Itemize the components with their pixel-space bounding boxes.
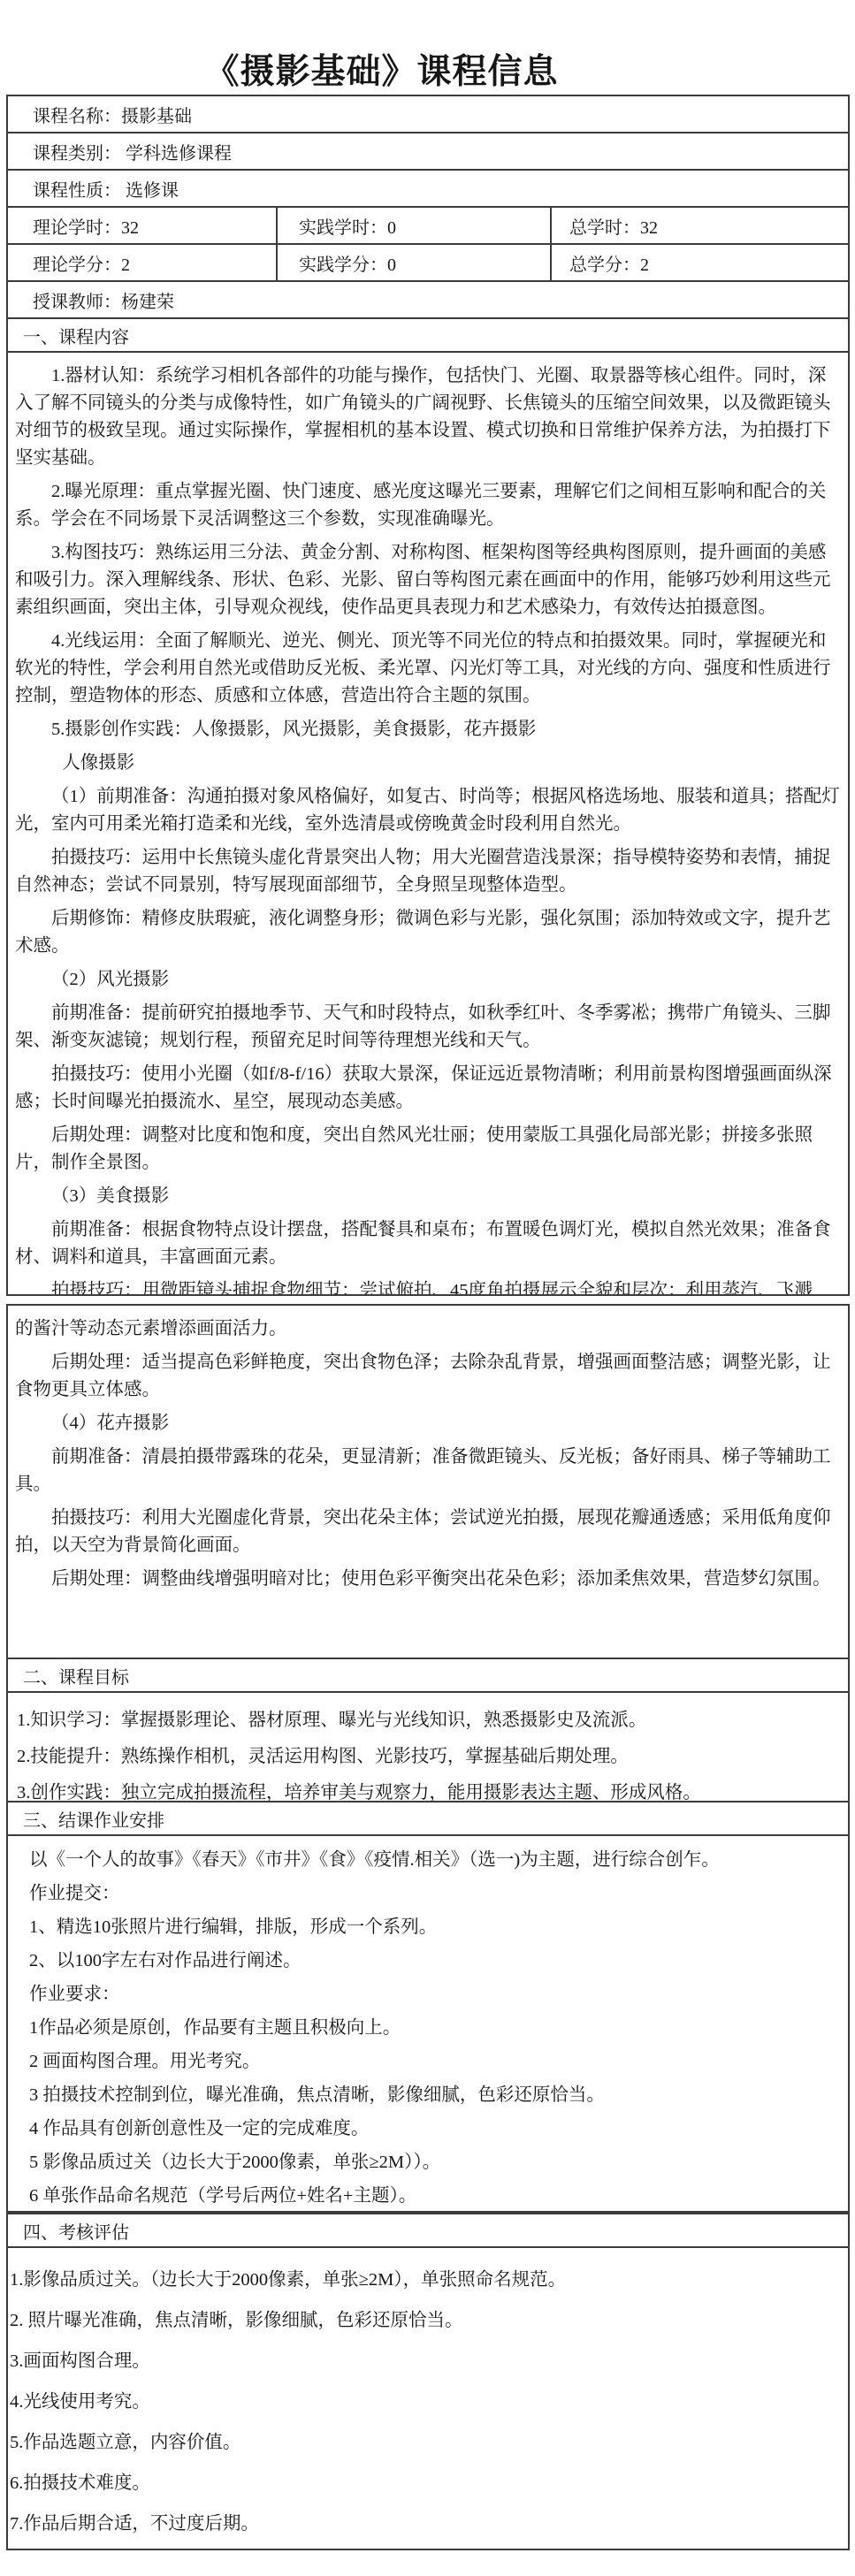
info-row-teacher: 授课教师：杨建荣	[8, 282, 848, 319]
section-header-text: 三、结课作业安排	[23, 1806, 164, 1832]
paragraph: 后期处理：调整曲线增强明暗对比；使用色彩平衡突出花朵色彩；添加柔焦效果，营造梦幻…	[15, 1566, 841, 1593]
course-content-cell-page2: 的酱汁等动态元素增添画面活力。后期处理：适当提高色彩鲜艳度，突出食物色泽；去除杂…	[8, 1306, 848, 1659]
section-header-evaluation: 四、考核评估	[8, 2214, 848, 2248]
paragraph: 3.创作实践：独立完成拍摄流程，培养审美与观察力，能用摄影表达主题、形成风格。	[17, 1780, 841, 1802]
info-row-course-category: 课程类别： 学科选修课程	[8, 133, 848, 171]
final-assignment-cell: 以《一个人的故事》《春天》《市井》《食》《疫情.相关》（选一)为主题，进行综合创…	[8, 1836, 848, 2214]
section-header-text: 四、考核评估	[23, 2218, 129, 2244]
paragraph: 2. 照片曝光准确，焦点清晰，影像细腻，色彩还原恰当。	[10, 2307, 841, 2335]
paragraph: 6 单张作品命名规范（学号后两位+姓名+主题）。	[29, 2183, 841, 2210]
section-header-text: 一、课程内容	[23, 323, 129, 348]
paragraph: 的酱汁等动态元素增添画面活力。	[15, 1315, 841, 1343]
evaluation-cell: 1.影像品质过关。（边长大于2000像素，单张≥2M），单张照命名规范。2. 照…	[8, 2248, 848, 2549]
practice-hours-cell: 实践学时：0	[278, 208, 552, 243]
paragraph: 3.构图技巧：熟练运用三分法、黄金分割、对称构图、框架构图等经典构图原则，提升画…	[15, 539, 841, 621]
paragraph: 1作品必须是原创，作品要有主题且积极向上。	[29, 2015, 841, 2042]
theory-hours-cell: 理论学时：32	[8, 208, 278, 243]
paragraph: 作业提交：	[29, 1880, 841, 1908]
paragraph: 拍摄技巧：用微距镜头捕捉食物细节；尝试俯拍、45度角拍摄展示全貌和层次；利用蒸汽…	[15, 1277, 841, 1294]
paragraph: 3 拍摄技术控制到位，曝光准确，焦点清晰，影像细腻，色彩还原恰当。	[29, 2082, 841, 2109]
total-credits-cell: 总学分：2	[552, 245, 848, 280]
document-page: 《摄影基础》课程信息 课程名称：摄影基础 课程类别： 学科选修课程 课程性质： …	[0, 0, 855, 2550]
info-row-credits: 理论学分：2 实践学分：0 总学分：2	[8, 245, 848, 282]
paragraph: 4.光线运用：全面了解顺光、逆光、侧光、顶光等不同光位的特点和拍摄效果。同时，掌…	[15, 628, 841, 710]
paragraph: 2.技能提升：熟练操作相机，灵活运用构图、光影技巧，掌握基础后期处理。	[17, 1743, 841, 1771]
page-break-gap	[0, 1296, 855, 1304]
course-detail-table: 的酱汁等动态元素增添画面活力。后期处理：适当提高色彩鲜艳度，突出食物色泽；去除杂…	[6, 1304, 850, 2550]
practice-credits-cell: 实践学分：0	[278, 245, 552, 280]
paragraph: 2 画面构图合理。用光考究。	[29, 2048, 841, 2076]
paragraph: 5.摄影创作实践：人像摄影，风光摄影，美食摄影，花卉摄影	[15, 716, 841, 743]
paragraph: 拍摄技巧：运用中长焦镜头虚化背景突出人物；用大光圈营造浅景深；指导模特姿势和表情…	[15, 844, 841, 899]
info-row-hours: 理论学时：32 实践学时：0 总学时：32	[8, 208, 848, 245]
paragraph: 后期处理：适当提高色彩鲜艳度，突出食物色泽；去除杂乱背景，增强画面整洁感；调整光…	[15, 1349, 841, 1404]
paragraph: 7.作品后期合适，不过度后期。	[10, 2511, 841, 2538]
course-nature-text: 课程性质： 选修课	[33, 176, 179, 202]
paragraph: 后期修饰：精修皮肤瑕疵，液化调整身形；微调色彩与光影，强化氛围；添加特效或文字，…	[15, 905, 841, 960]
teacher-text: 授课教师：杨建荣	[33, 287, 174, 313]
paragraph: 1.器材认知：系统学习相机各部件的功能与操作，包括快门、光圈、取景器等核心组件。…	[15, 362, 841, 472]
paragraph: 2、以100字左右对作品进行阐述。	[29, 1947, 841, 1975]
paragraph: 以《一个人的故事》《春天》《市井》《食》《疫情.相关》（选一)为主题，进行综合创…	[29, 1847, 841, 1874]
paragraph: 后期处理：调整对比度和饱和度，突出自然风光壮丽；使用蒙版工具强化局部光影；拼接多…	[15, 1122, 841, 1177]
course-category-text: 课程类别： 学科选修课程	[33, 139, 232, 164]
paragraph: （3）美食摄影	[15, 1183, 841, 1210]
paragraph: 前期准备：提前研究拍摄地季节、天气和时段特点，如秋季红叶、冬季雾凇；携带广角镜头…	[15, 1000, 841, 1055]
section-header-course-content: 一、课程内容	[8, 319, 848, 353]
theory-credits-cell: 理论学分：2	[8, 245, 278, 280]
paragraph: 4.光线使用考究。	[10, 2389, 841, 2416]
paragraph: （2）风光摄影	[15, 966, 841, 994]
info-row-course-nature: 课程性质： 选修课	[8, 171, 848, 208]
course-goals-cell: 1.知识学习：掌握摄影理论、器材原理、曝光与光线知识，熟悉摄影史及流派。2.技能…	[8, 1693, 848, 1802]
paragraph: 1.影像品质过关。（边长大于2000像素，单张≥2M），单张照命名规范。	[10, 2267, 841, 2294]
paragraph: 人像摄影	[15, 750, 841, 777]
paragraph: （1）前期准备：沟通拍摄对象风格偏好，如复古、时尚等；根据风格选场地、服装和道具…	[15, 783, 841, 838]
paragraph: 拍摄技巧：使用小光圈（如f/8-f/16）获取大景深，保证远近景物清晰；利用前景…	[15, 1061, 841, 1116]
paragraph: 1.知识学习：掌握摄影理论、器材原理、曝光与光线知识，熟悉摄影史及流派。	[17, 1707, 841, 1734]
paragraph: 4 作品具有创新创意性及一定的完成难度。	[29, 2115, 841, 2143]
total-hours-cell: 总学时：32	[552, 208, 848, 243]
paragraph: 拍摄技巧：利用大光圈虚化背景，突出花朵主体；尝试逆光拍摄，展现花瓣通透感；采用低…	[15, 1505, 841, 1559]
paragraph: （4）花卉摄影	[15, 1410, 841, 1437]
paragraph: 作业要求：	[29, 1981, 841, 2008]
paragraph: 前期准备：清晨拍摄带露珠的花朵，更显清新；准备微距镜头、反光板；备好雨具、梯子等…	[15, 1444, 841, 1498]
paragraph: 前期准备：根据食物特点设计摆盘，搭配餐具和桌布；布置暖色调灯光，模拟自然光效果；…	[15, 1216, 841, 1271]
paragraph: 5 影像品质过关（边长大于2000像素，单张≥2M））。	[29, 2149, 841, 2176]
paragraph: 2.曝光原理：重点掌握光圈、快门速度、感光度这曝光三要素，理解它们之间相互影响和…	[15, 478, 841, 533]
paragraph: 1、精选10张照片进行编辑，排版，形成一个系列。	[29, 1914, 841, 1941]
paragraph: 6.拍摄技术难度。	[10, 2470, 841, 2497]
course-name-text: 课程名称：摄影基础	[33, 102, 192, 127]
course-content-cell-page1: 1.器材认知：系统学习相机各部件的功能与操作，包括快门、光圈、取景器等核心组件。…	[8, 353, 848, 1294]
section-header-course-goals: 二、课程目标	[8, 1659, 848, 1693]
info-row-course-name: 课程名称：摄影基础	[8, 96, 848, 133]
paragraph: 5.作品选题立意，内容价值。	[10, 2429, 841, 2457]
paragraph: 3.画面构图合理。	[10, 2348, 841, 2375]
page-title: 《摄影基础》课程信息	[0, 0, 809, 90]
section-header-text: 二、课程目标	[23, 1663, 129, 1688]
section-header-final-assignment: 三、结课作业安排	[8, 1802, 848, 1836]
course-info-table: 课程名称：摄影基础 课程类别： 学科选修课程 课程性质： 选修课 理论学时：32…	[6, 95, 850, 1296]
